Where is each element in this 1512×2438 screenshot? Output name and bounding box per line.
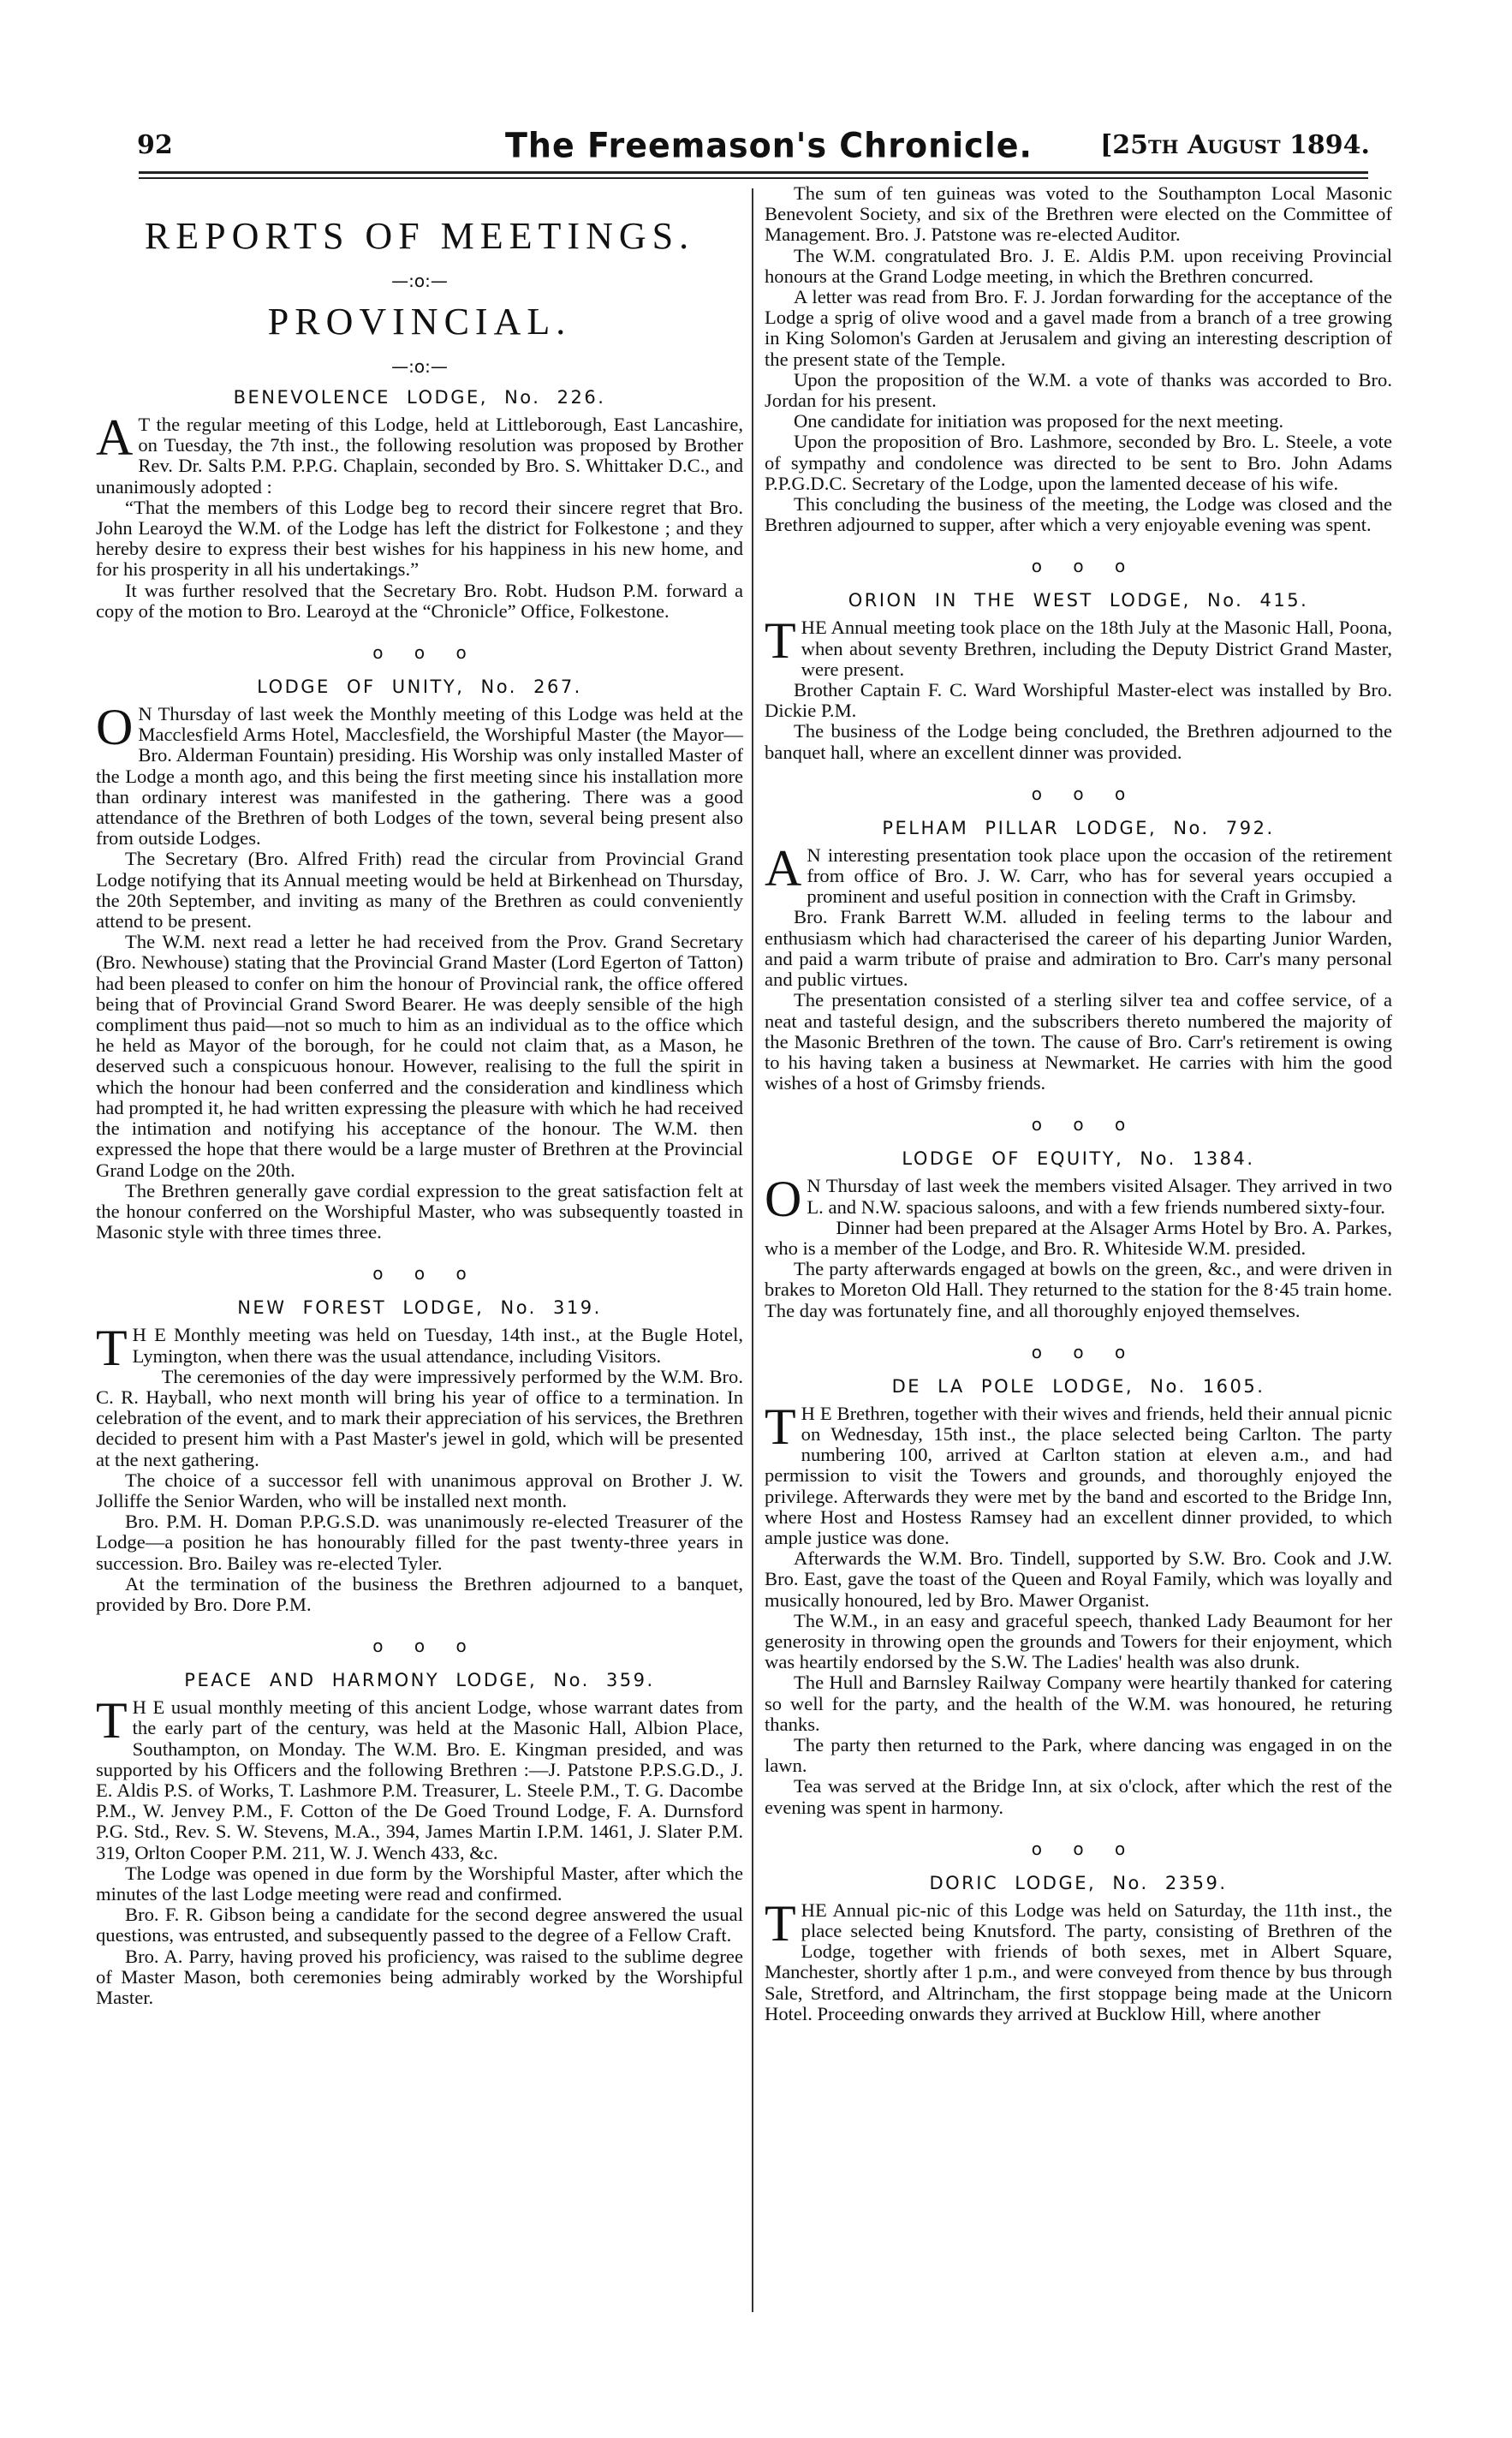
article-separator: o o o xyxy=(765,556,1392,576)
article-lodge-of-equity: LODGE OF EQUITY, No. 1384. ON Thursday o… xyxy=(765,1147,1392,1320)
article-paragraph: Tea was served at the Bridge Inn, at six… xyxy=(765,1776,1392,1817)
drop-cap: A xyxy=(96,418,133,457)
article-de-la-pole-lodge: DE LA POLE LODGE, No. 1605. TH E Brethre… xyxy=(765,1374,1392,1818)
article-paragraph: Bro. F. R. Gibson being a candidate for … xyxy=(96,1905,743,1946)
article-paragraph: The Brethren generally gave cordial expr… xyxy=(96,1181,743,1243)
article-heading: NEW FOREST LODGE, No. 319. xyxy=(96,1296,743,1320)
paragraph-text: H E Monthly meeting was held on Tuesday,… xyxy=(133,1324,743,1366)
article-paragraph: Bro. A. Parry, having proved his profici… xyxy=(96,1946,743,2009)
article-separator: o o o xyxy=(765,1342,1392,1362)
article-lodge-of-unity: LODGE OF UNITY, No. 267. ON Thursday of … xyxy=(96,675,743,1243)
date-month: August xyxy=(1188,130,1281,160)
article-heading: LODGE OF EQUITY, No. 1384. xyxy=(765,1147,1392,1171)
drop-cap: O xyxy=(765,1179,801,1219)
article-heading: ORION IN THE WEST LODGE, No. 415. xyxy=(765,588,1392,612)
drop-cap: A xyxy=(765,849,801,888)
paragraph-text: N Thursday of last week the Monthly meet… xyxy=(96,703,743,849)
article-doric-lodge: DORIC LODGE, No. 2359. THE Annual pic-ni… xyxy=(765,1871,1392,2024)
article-paragraph: The choice of a successor fell with unan… xyxy=(96,1470,743,1511)
article-separator: o o o xyxy=(765,1839,1392,1859)
drop-cap: O xyxy=(96,707,133,747)
article-paragraph: The W.M. congratulated Bro. J. E. Aldis … xyxy=(765,246,1392,287)
article-paragraph: The party afterwards engaged at bowls on… xyxy=(765,1259,1392,1321)
article-paragraph: “That the members of this Lodge beg to r… xyxy=(96,498,743,581)
ornament-divider: —:o:— xyxy=(96,356,743,377)
date-day: 25th xyxy=(1112,130,1178,160)
article-heading: DORIC LODGE, No. 2359. xyxy=(765,1871,1392,1895)
drop-cap: T xyxy=(96,1328,128,1368)
left-column: REPORTS OF MEETINGS. —:o:— PROVINCIAL. —… xyxy=(96,182,743,2008)
article-paragraph: THE Annual meeting took place on the 18t… xyxy=(765,617,1392,680)
column-divider xyxy=(752,188,753,2312)
paragraph-text: H E usual monthly meeting of this ancien… xyxy=(96,1696,743,1863)
article-paragraph: The ceremonies of the day were impressiv… xyxy=(96,1367,743,1470)
article-heading: LODGE OF UNITY, No. 267. xyxy=(96,675,743,699)
article-paragraph: TH E Brethren, together with their wives… xyxy=(765,1404,1392,1548)
right-column: The sum of ten guineas was voted to the … xyxy=(765,182,1392,2024)
article-paragraph: The W.M. next read a letter he had recei… xyxy=(96,932,743,1180)
article-separator: o o o xyxy=(765,784,1392,804)
article-paragraph: The business of the Lodge being conclude… xyxy=(765,721,1392,762)
date-year: 1894. xyxy=(1289,130,1370,160)
paragraph-text: N interesting presentation took place up… xyxy=(807,844,1392,907)
masthead-title: The Freemason's Chronicle. xyxy=(505,126,1033,165)
article-paragraph: TH E Monthly meeting was held on Tuesday… xyxy=(96,1325,743,1366)
article-heading: BENEVOLENCE LODGE, No. 226. xyxy=(96,385,743,409)
article-paragraph: ON Thursday of last week the members vis… xyxy=(765,1176,1392,1217)
article-paragraph: The Hull and Barnsley Railway Company we… xyxy=(765,1672,1392,1735)
paragraph-text: N Thursday of last week the members visi… xyxy=(807,1175,1392,1217)
article-paragraph: TH E usual monthly meeting of this ancie… xyxy=(96,1697,743,1863)
article-new-forest-lodge: NEW FOREST LODGE, No. 319. TH E Monthly … xyxy=(96,1296,743,1615)
page-header: 92 The Freemason's Chronicle. [25th Augu… xyxy=(137,127,1370,170)
article-paragraph: Bro. Frank Barrett W.M. alluded in feeli… xyxy=(765,907,1392,990)
article-paragraph: At the termination of the business the B… xyxy=(96,1574,743,1615)
article-pelham-pillar-lodge: PELHAM PILLAR LODGE, No. 792. AN interes… xyxy=(765,816,1392,1094)
issue-date: [25th August 1894. xyxy=(1100,130,1370,160)
article-heading: PEACE AND HARMONY LODGE, No. 359. xyxy=(96,1668,743,1692)
article-paragraph: ON Thursday of last week the Monthly mee… xyxy=(96,704,743,849)
article-paragraph: This concluding the business of the meet… xyxy=(765,494,1392,535)
article-paragraph: Dinner had been prepared at the Alsager … xyxy=(765,1218,1392,1259)
article-separator: o o o xyxy=(96,642,743,663)
article-peace-and-harmony-lodge-continued: The sum of ten guineas was voted to the … xyxy=(765,183,1392,535)
article-paragraph: AN interesting presentation took place u… xyxy=(765,845,1392,908)
drop-cap: T xyxy=(96,1701,128,1740)
date-bracket: [ xyxy=(1100,130,1112,160)
article-benevolence-lodge: BENEVOLENCE LODGE, No. 226. AT the regul… xyxy=(96,385,743,622)
article-paragraph: AT the regular meeting of this Lodge, he… xyxy=(96,414,743,498)
article-separator: o o o xyxy=(96,1263,743,1284)
section-subtitle: PROVINCIAL. xyxy=(96,300,743,344)
drop-cap: T xyxy=(765,621,796,660)
article-paragraph: The Lodge was opened in due form by the … xyxy=(96,1863,743,1905)
article-orion-in-the-west-lodge: ORION IN THE WEST LODGE, No. 415. THE An… xyxy=(765,588,1392,762)
paragraph-text: H E Brethren, together with their wives … xyxy=(765,1403,1392,1548)
article-paragraph: Brother Captain F. C. Ward Worshipful Ma… xyxy=(765,680,1392,721)
ornament-divider: —:o:— xyxy=(96,271,743,291)
article-paragraph: The sum of ten guineas was voted to the … xyxy=(765,183,1392,246)
drop-cap: T xyxy=(765,1407,796,1446)
section-title: REPORTS OF MEETINGS. xyxy=(96,214,743,259)
paragraph-text: HE Annual pic-nic of this Lodge was held… xyxy=(765,1899,1392,2024)
header-rule-top xyxy=(139,171,1368,174)
article-paragraph: A letter was read from Bro. F. J. Jordan… xyxy=(765,287,1392,370)
article-separator: o o o xyxy=(96,1636,743,1656)
article-paragraph: THE Annual pic-nic of this Lodge was hel… xyxy=(765,1900,1392,2024)
article-paragraph: Bro. P.M. H. Doman P.P.G.S.D. was unanim… xyxy=(96,1511,743,1574)
article-paragraph: The W.M., in an easy and graceful speech… xyxy=(765,1611,1392,1673)
article-paragraph: The party then returned to the Park, whe… xyxy=(765,1735,1392,1776)
article-paragraph: It was further resolved that the Secreta… xyxy=(96,581,743,622)
article-paragraph: Upon the proposition of Bro. Lashmore, s… xyxy=(765,432,1392,494)
article-heading: PELHAM PILLAR LODGE, No. 792. xyxy=(765,816,1392,840)
paragraph-text: T the regular meeting of this Lodge, hel… xyxy=(96,414,743,498)
article-paragraph: Afterwards the W.M. Bro. Tindell, suppor… xyxy=(765,1548,1392,1611)
drop-cap: T xyxy=(765,1904,796,1943)
article-peace-and-harmony-lodge: PEACE AND HARMONY LODGE, No. 359. TH E u… xyxy=(96,1668,743,2008)
page-number: 92 xyxy=(137,130,173,160)
paragraph-text: HE Annual meeting took place on the 18th… xyxy=(801,617,1392,679)
article-paragraph: One candidate for initiation was propose… xyxy=(765,411,1392,432)
article-paragraph: The Secretary (Bro. Alfred Frith) read t… xyxy=(96,849,743,932)
article-paragraph: The presentation consisted of a sterling… xyxy=(765,990,1392,1094)
article-heading: DE LA POLE LODGE, No. 1605. xyxy=(765,1374,1392,1398)
article-separator: o o o xyxy=(765,1114,1392,1135)
article-paragraph: Upon the proposition of the W.M. a vote … xyxy=(765,370,1392,411)
header-rule-bottom xyxy=(139,177,1368,179)
